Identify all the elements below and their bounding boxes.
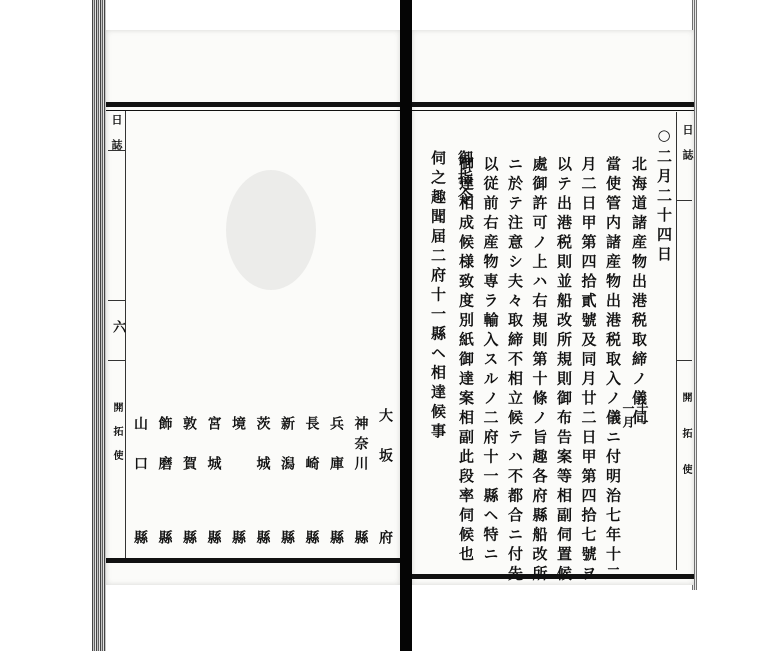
top-rule-thin — [412, 110, 694, 111]
body-column: 月二日甲第四拾貳號及同月廿二日甲第四拾七號ヲ — [581, 156, 596, 585]
directive-text: 伺之趣聞届二府十一縣ヘ相達候事 — [430, 150, 445, 443]
prefecture-entry: 長崎縣 — [305, 416, 319, 496]
margin-divider — [676, 360, 692, 361]
margin-divider — [108, 360, 125, 361]
prefecture-entry: 宮城縣 — [207, 416, 221, 496]
directive-heading: 御指令 — [457, 150, 472, 209]
body-column: 以テ出港税則並船改所規則御布告案等相副伺置候 — [556, 156, 571, 585]
date-heading: ○二月二十四日 — [656, 126, 671, 266]
margin-header-bottom: 開拓使 — [109, 402, 124, 474]
prefecture-entry: 大坂府 — [378, 408, 392, 488]
top-rule-thin — [106, 110, 400, 111]
prefecture-entry: 兵庫縣 — [329, 416, 343, 496]
paper-stain — [226, 170, 316, 290]
subject-note: 十一 一月 — [622, 402, 648, 430]
prefecture-entry: 神奈川縣 — [354, 416, 368, 476]
margin-header-top: 日誌 — [679, 124, 695, 174]
prefecture-entry: 境縣 — [231, 416, 245, 430]
bottom-rule — [106, 558, 400, 563]
body-column: 御達相成候様致度別紙御達案相副此段率伺候也 — [458, 156, 473, 566]
prefecture-entry: 新潟縣 — [280, 416, 294, 496]
prefecture-entry: 飾磨縣 — [158, 416, 172, 496]
top-rule — [106, 102, 400, 107]
margin-header-top: 日誌 — [108, 114, 124, 164]
left-binding-edge — [92, 0, 106, 651]
left-page: 日誌 六 開拓使 大坂府神奈川縣兵庫縣長崎縣新潟縣茨城縣境縣宮城縣敦賀縣飾磨縣山… — [106, 30, 400, 585]
prefecture-entry: 敦賀縣 — [182, 416, 196, 496]
body-column: 處御許可ノ上ハ右規則第十條ノ旨趣各府縣船改所 — [532, 156, 547, 585]
right-page: 日誌 開拓使 ○二月二十四日 北海道諸産物出港税取締ノ儀伺 十一 一月 當使管内… — [412, 30, 694, 585]
margin-divider — [676, 200, 692, 201]
book-spine-shadow — [400, 0, 412, 651]
prefecture-entry: 茨城縣 — [256, 416, 270, 496]
book-scan: 日誌 六 開拓使 大坂府神奈川縣兵庫縣長崎縣新潟縣茨城縣境縣宮城縣敦賀縣飾磨縣山… — [0, 0, 768, 651]
body-column: ニ於テ注意シ夫々取締不相立候テハ不都合ニ付先 — [507, 156, 522, 585]
subject-title: 北海道諸産物出港税取締ノ儀伺 — [631, 156, 646, 429]
body-column: 當使管内諸産物出港税取入ノ儀ニ付明治七年十二 — [605, 156, 620, 585]
margin-divider — [108, 300, 125, 301]
top-rule — [412, 102, 694, 107]
body-column: 以従前右産物専ラ輸入スルノ二府十一縣ヘ特ニ — [483, 156, 498, 566]
margin-line — [676, 112, 677, 570]
margin-header-bottom: 開拓使 — [678, 392, 693, 500]
bottom-rule — [412, 574, 694, 579]
page-number: 六 — [108, 320, 127, 347]
prefecture-entry: 山口縣 — [133, 416, 147, 496]
